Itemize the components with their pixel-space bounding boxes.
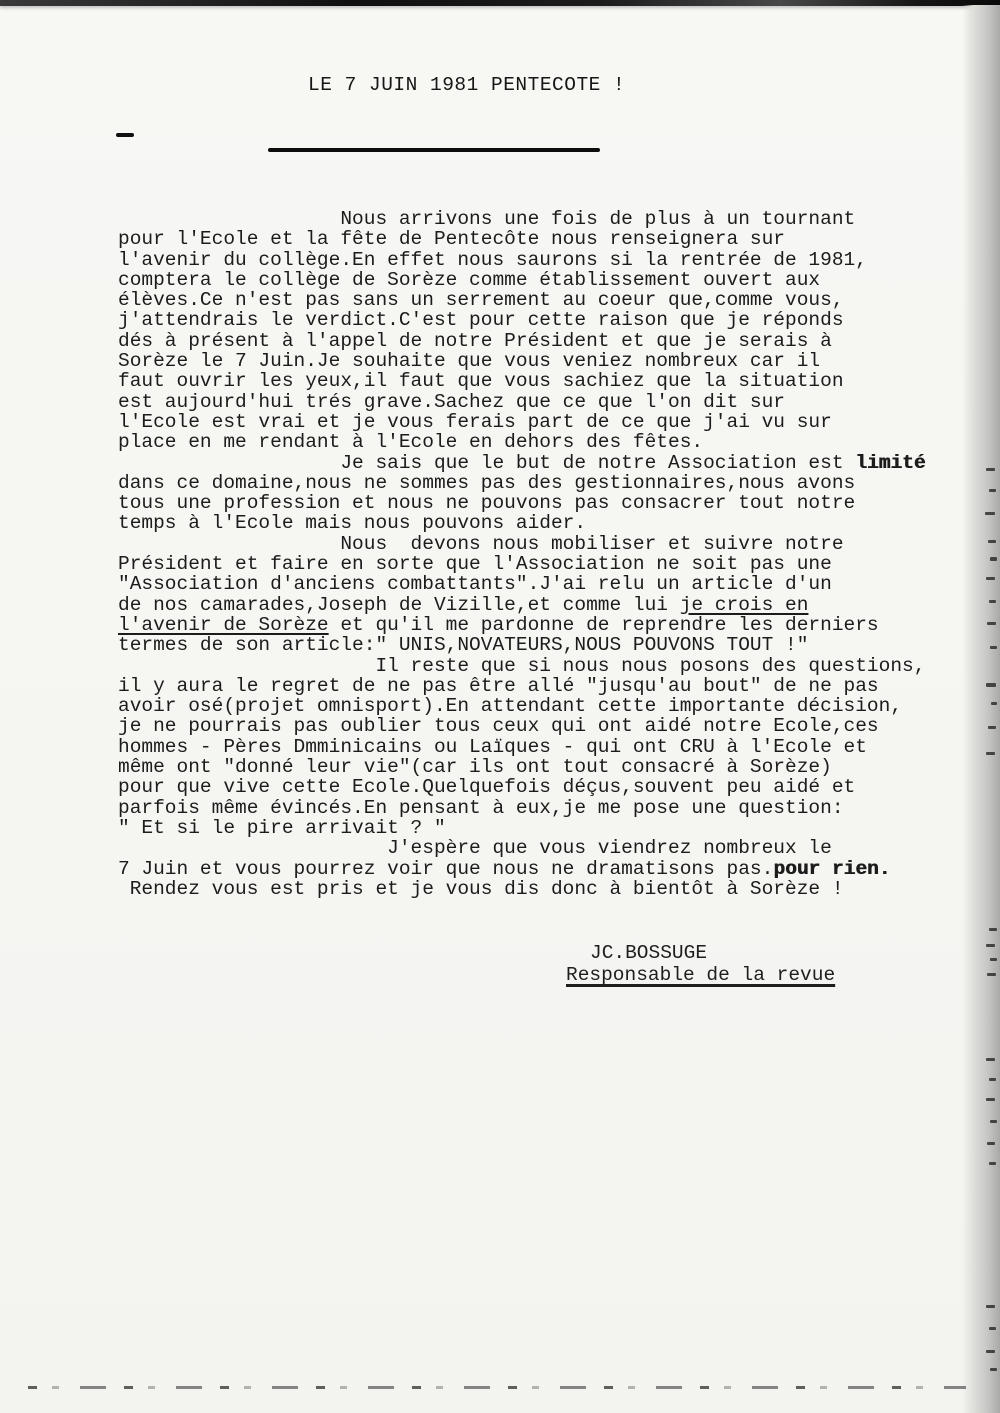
text-segment: pour que vive cette Ecole.Quelquefois dé… (118, 776, 855, 798)
text-segment: dés à présent à l'appel de notre Préside… (118, 330, 832, 352)
text-line: comptera le collège de Sorèze comme étab… (118, 270, 978, 290)
bleed-through-mark (986, 1098, 995, 1101)
text-segment: tous une profession et nous ne pouvons p… (118, 492, 855, 514)
text-segment: Nous arrivons une fois de plus à un tour… (118, 208, 855, 230)
text-line: pour l'Ecole et la fête de Pentecôte nou… (118, 229, 978, 249)
text-segment: faut ouvrir les yeux,il faut que vous sa… (118, 370, 844, 392)
bleed-through-mark (990, 557, 997, 561)
text-line: 7 Juin et vous pourrez voir que nous ne … (118, 859, 978, 879)
document-body: Nous arrivons une fois de plus à un tour… (118, 209, 978, 899)
bleed-through-mark (986, 752, 995, 755)
bleed-through-mark (989, 928, 997, 931)
text-line: l'avenir de Sorèze et qu'il me pardonne … (118, 615, 978, 635)
text-line: avoir osé(projet omnisport).En attendant… (118, 696, 978, 716)
text-line: parfois même évincés.En pensant à eux,je… (118, 798, 978, 818)
text-segment: est aujourd'hui trés grave.Sachez que ce… (118, 391, 785, 413)
text-segment: pour rien. (773, 858, 890, 880)
text-line: place en me rendant à l'Ecole en dehors … (118, 432, 978, 452)
text-segment: de nos camarades,Joseph de Vizille,et co… (118, 594, 680, 616)
text-segment: Nous devons nous mobiliser et suivre not… (118, 533, 844, 555)
margin-dash (116, 133, 134, 137)
bleed-through-mark (988, 726, 996, 729)
text-line: pour que vive cette Ecole.Quelquefois dé… (118, 777, 978, 797)
text-segment: il y aura le regret de ne pas être allé … (118, 675, 879, 697)
text-segment: pour l'Ecole et la fête de Pentecôte nou… (118, 228, 785, 250)
text-line: il y aura le regret de ne pas être allé … (118, 676, 978, 696)
text-line: temps à l'Ecole mais nous pouvons aider. (118, 513, 978, 533)
text-line: Nous devons nous mobiliser et suivre not… (118, 534, 978, 554)
signature-name: JC.BOSSUGE (590, 942, 707, 964)
bleed-through-mark (989, 1327, 996, 1330)
bleed-through-mark (986, 577, 995, 580)
fold-smudge-line (28, 1386, 966, 1389)
bleed-through-mark (989, 600, 996, 603)
text-line: l'Ecole est vrai et je vous ferais part … (118, 412, 978, 432)
text-line: Je sais que le but de notre Association … (118, 453, 978, 473)
text-segment: Je sais que le but de notre Association … (118, 452, 855, 474)
text-segment: Président et faire en sorte que l'Associ… (118, 553, 832, 575)
text-segment: dans ce domaine,nous ne sommes pas des g… (118, 472, 855, 494)
text-segment: je ne pourrais pas oublier tous ceux qui… (118, 715, 879, 737)
bleed-through-mark (986, 1058, 995, 1061)
text-line: " Et si le pire arrivait ? " (118, 818, 978, 838)
bleed-through-mark (989, 1078, 996, 1081)
bleed-through-mark (989, 489, 996, 492)
text-line: même ont "donné leur vie"(car ils ont to… (118, 757, 978, 777)
bleed-through-mark (991, 702, 997, 705)
text-segment: termes de son article:" UNIS,NOVATEURS,N… (118, 634, 808, 656)
text-line: j'attendrais le verdict.C'est pour cette… (118, 310, 978, 330)
text-line: hommes - Pères Dmminicains ou Laïques - … (118, 737, 978, 757)
text-segment: " Et si le pire arrivait ? " (118, 817, 446, 839)
text-line: "Association d'anciens combattants".J'ai… (118, 574, 978, 594)
text-segment: j'attendrais le verdict.C'est pour cette… (118, 309, 844, 331)
text-line: l'avenir du collège.En effet nous sauron… (118, 250, 978, 270)
text-line: Rendez vous est pris et je vous dis donc… (118, 879, 978, 899)
text-segment: avoir osé(projet omnisport).En attendant… (118, 695, 902, 717)
text-segment: l'avenir du collège.En effet nous sauron… (118, 249, 867, 271)
bleed-through-mark (986, 683, 996, 687)
scanned-letter-page: LE 7 JUIN 1981 PENTECOTE ! Nous arrivons… (0, 0, 1000, 1413)
text-segment: parfois même évincés.En pensant à eux,je… (118, 797, 844, 819)
text-segment: Rendez vous est pris et je vous dis donc… (118, 878, 844, 900)
bleed-through-mark (986, 944, 995, 947)
bleed-through-mark (987, 973, 996, 976)
bleed-through-mark (990, 1120, 997, 1123)
bleed-through-mark (990, 646, 997, 649)
bleed-through-mark (985, 512, 995, 515)
text-segment: place en me rendant à l'Ecole en dehors … (118, 431, 703, 453)
text-segment: et qu'il me pardonne de reprendre les de… (329, 614, 879, 636)
text-line: termes de son article:" UNIS,NOVATEURS,N… (118, 635, 978, 655)
text-segment: Sorèze le 7 Juin.Je souhaite que vous ve… (118, 350, 820, 372)
text-line: Nous arrivons une fois de plus à un tour… (118, 209, 978, 229)
bleed-through-mark (988, 540, 996, 543)
signature-role: Responsable de la revue (566, 964, 835, 986)
text-segment: 7 Juin et vous pourrez voir que nous ne … (118, 858, 773, 880)
text-segment: J'espère que vous viendrez nombreux le (118, 837, 832, 859)
text-segment: l'avenir de Sorèze (118, 614, 329, 636)
text-segment: hommes - Pères Dmminicains ou Laïques - … (118, 736, 867, 758)
text-line: Sorèze le 7 Juin.Je souhaite que vous ve… (118, 351, 978, 371)
bleed-through-mark (986, 1305, 995, 1308)
text-segment: je crois en (680, 594, 809, 616)
scan-top-edge (0, 0, 1000, 6)
text-line: dans ce domaine,nous ne sommes pas des g… (118, 473, 978, 493)
text-line: faut ouvrir les yeux,il faut que vous sa… (118, 371, 978, 391)
text-segment: élèves.Ce n'est pas sans un serrement au… (118, 289, 844, 311)
bleed-through-mark (986, 468, 995, 471)
bleed-through-mark (990, 958, 997, 961)
text-line: de nos camarades,Joseph de Vizille,et co… (118, 595, 978, 615)
text-segment: comptera le collège de Sorèze comme étab… (118, 269, 820, 291)
text-line: tous une profession et nous ne pouvons p… (118, 493, 978, 513)
title-underline-rule (268, 148, 600, 152)
text-line: dés à présent à l'appel de notre Préside… (118, 331, 978, 351)
bleed-through-mark (987, 622, 996, 625)
letter-title: LE 7 JUIN 1981 PENTECOTE ! (308, 74, 625, 96)
text-segment: l'Ecole est vrai et je vous ferais part … (118, 411, 832, 433)
text-segment: temps à l'Ecole mais nous pouvons aider. (118, 512, 586, 534)
bleed-through-mark (987, 1142, 995, 1145)
text-segment: "Association d'anciens combattants".J'ai… (118, 573, 832, 595)
text-segment: Il reste que si nous nous posons des que… (118, 655, 925, 677)
bleed-through-mark (989, 1162, 996, 1165)
text-line: élèves.Ce n'est pas sans un serrement au… (118, 290, 978, 310)
text-line: je ne pourrais pas oublier tous ceux qui… (118, 716, 978, 736)
bleed-through-mark (986, 1350, 995, 1353)
text-segment: limité (855, 452, 925, 474)
text-line: Président et faire en sorte que l'Associ… (118, 554, 978, 574)
text-line: est aujourd'hui trés grave.Sachez que ce… (118, 392, 978, 412)
text-line: J'espère que vous viendrez nombreux le (118, 838, 978, 858)
text-line: Il reste que si nous nous posons des que… (118, 656, 978, 676)
bleed-through-mark (990, 1368, 997, 1371)
text-segment: même ont "donné leur vie"(car ils ont to… (118, 756, 832, 778)
